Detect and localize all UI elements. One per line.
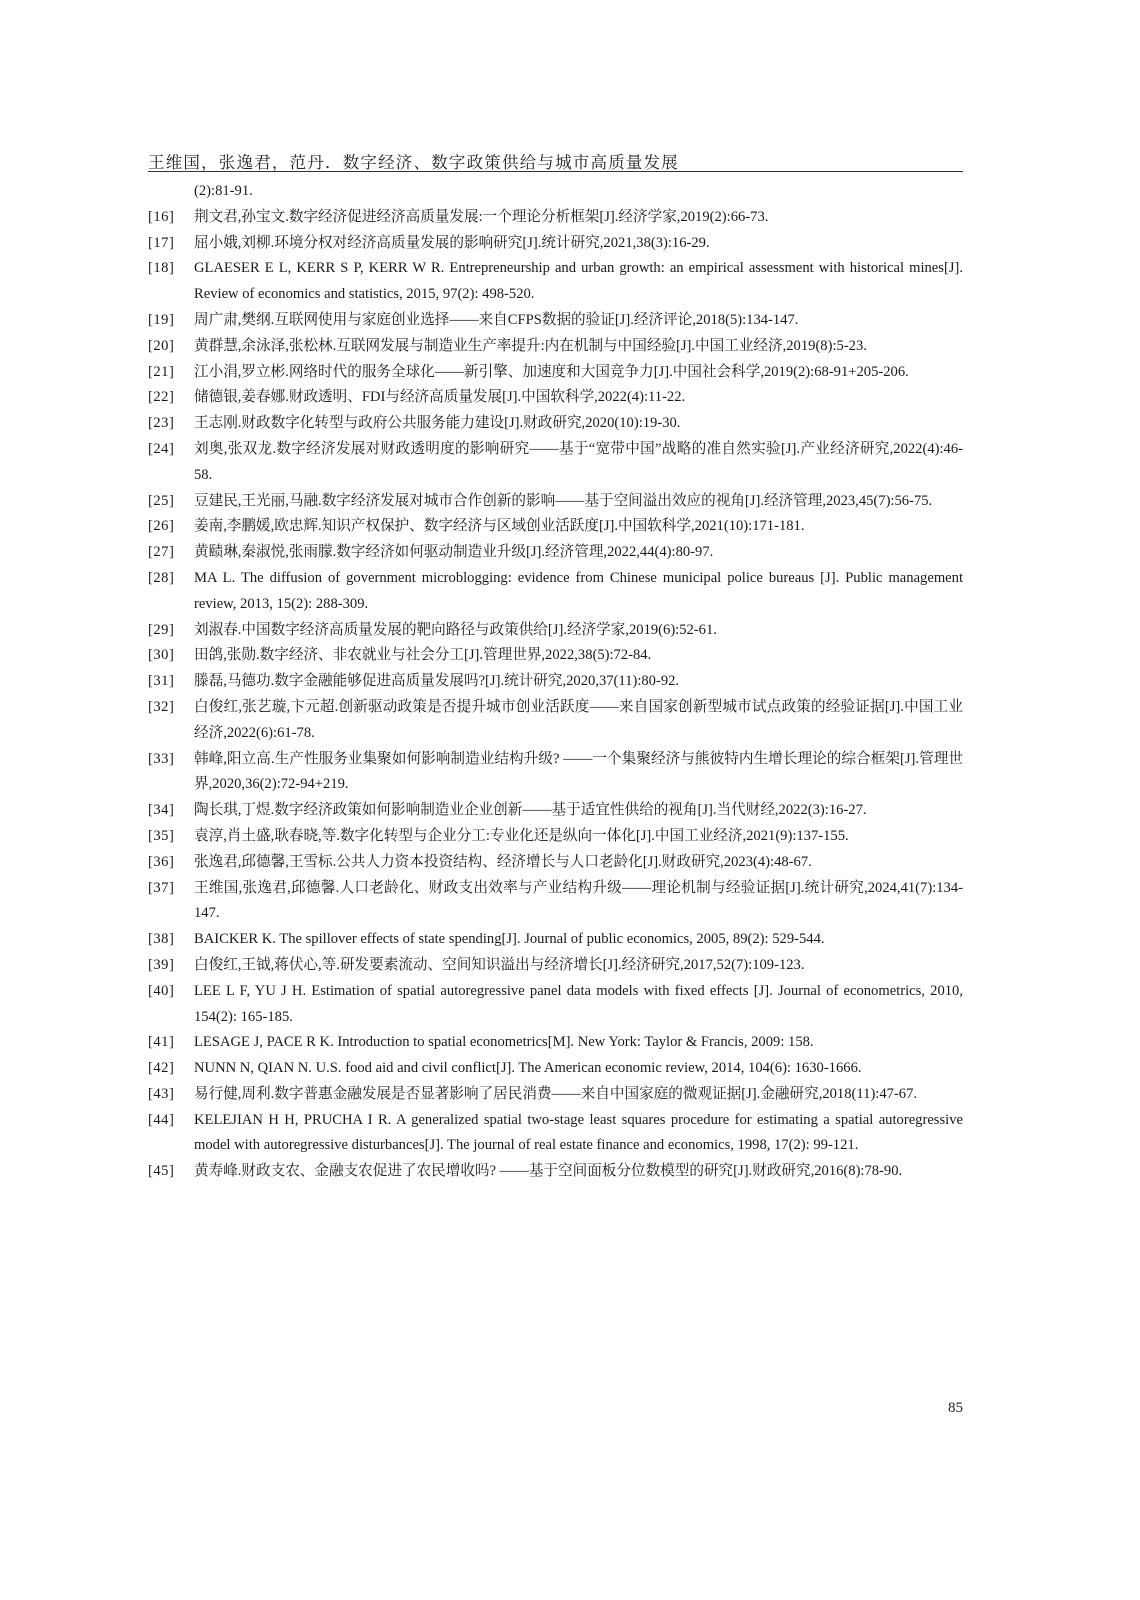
reference-item-20: [20]黄群慧,余泳泽,张松林.互联网发展与制造业生产率提升:内在机制与中国经验… xyxy=(148,334,963,360)
reference-item-28: [28]MA L. The diffusion of government mi… xyxy=(148,566,963,618)
reference-number: [25] xyxy=(148,489,188,515)
reference-text: 滕磊,马德功.数字金融能够促进高质量发展吗?[J].统计研究,2020,37(1… xyxy=(194,669,963,695)
reference-number: [38] xyxy=(148,927,188,953)
reference-text: (2):81-91. xyxy=(194,179,963,205)
reference-text: KELEJIAN H H, PRUCHA I R. A generalized … xyxy=(194,1108,963,1160)
reference-text: 王志刚.财政数字化转型与政府公共服务能力建设[J].财政研究,2020(10):… xyxy=(194,411,963,437)
reference-text: 豆建民,王光丽,马融.数字经济发展对城市合作创新的影响——基于空间溢出效应的视角… xyxy=(194,489,963,515)
reference-text: 白俊红,王钺,蒋伏心,等.研发要素流动、空间知识溢出与经济增长[J].经济研究,… xyxy=(194,953,963,979)
reference-text: 白俊红,张艺璇,卞元超.创新驱动政策是否提升城市创业活跃度——来自国家创新型城市… xyxy=(194,695,963,747)
reference-number: [43] xyxy=(148,1082,188,1108)
reference-continuation: (2):81-91. xyxy=(148,179,963,205)
reference-text: 黄寿峰.财政支农、金融支农促进了农民增收吗? ——基于空间面板分位数模型的研究[… xyxy=(194,1159,963,1185)
reference-number: [20] xyxy=(148,334,188,360)
reference-number: [24] xyxy=(148,437,188,463)
reference-text: 刘奥,张双龙.数字经济发展对财政透明度的影响研究——基于“宽带中国”战略的准自然… xyxy=(194,437,963,489)
reference-number: [41] xyxy=(148,1030,188,1056)
reference-item-42: [42]NUNN N, QIAN N. U.S. food aid and ci… xyxy=(148,1056,963,1082)
reference-item-21: [21]江小涓,罗立彬.网络时代的服务全球化——新引擎、加速度和大国竞争力[J]… xyxy=(148,360,963,386)
reference-number: [40] xyxy=(148,979,188,1005)
reference-number: [18] xyxy=(148,256,188,282)
reference-item-16: [16]荆文君,孙宝文.数字经济促进经济高质量发展:一个理论分析框架[J].经济… xyxy=(148,205,963,231)
reference-text: 周广肃,樊纲.互联网使用与家庭创业选择——来自CFPS数据的验证[J].经济评论… xyxy=(194,308,963,334)
reference-item-26: [26]姜南,李鹏媛,欧忠辉.知识产权保护、数字经济与区域创业活跃度[J].中国… xyxy=(148,514,963,540)
header-rule-divider xyxy=(148,171,963,172)
reference-item-19: [19]周广肃,樊纲.互联网使用与家庭创业选择——来自CFPS数据的验证[J].… xyxy=(148,308,963,334)
reference-text: NUNN N, QIAN N. U.S. food aid and civil … xyxy=(194,1056,963,1082)
reference-number: [31] xyxy=(148,669,188,695)
reference-item-37: [37]王维国,张逸君,邱德馨.人口老龄化、财政支出效率与产业结构升级——理论机… xyxy=(148,876,963,928)
reference-item-23: [23]王志刚.财政数字化转型与政府公共服务能力建设[J].财政研究,2020(… xyxy=(148,411,963,437)
reference-text: 易行健,周利.数字普惠金融发展是否显著影响了居民消费——来自中国家庭的微观证据[… xyxy=(194,1082,963,1108)
reference-item-36: [36]张逸君,邱德馨,王雪标.公共人力资本投资结构、经济增长与人口老龄化[J]… xyxy=(148,850,963,876)
reference-item-24: [24]刘奥,张双龙.数字经济发展对财政透明度的影响研究——基于“宽带中国”战略… xyxy=(148,437,963,489)
reference-item-29: [29]刘淑春.中国数字经济高质量发展的靶向路径与政策供给[J].经济学家,20… xyxy=(148,618,963,644)
reference-text: 黄群慧,余泳泽,张松林.互联网发展与制造业生产率提升:内在机制与中国经验[J].… xyxy=(194,334,963,360)
reference-text: LEE L F, YU J H. Estimation of spatial a… xyxy=(194,979,963,1031)
reference-number: [19] xyxy=(148,308,188,334)
reference-item-44: [44]KELEJIAN H H, PRUCHA I R. A generali… xyxy=(148,1108,963,1160)
reference-number: [27] xyxy=(148,540,188,566)
reference-text: MA L. The diffusion of government microb… xyxy=(194,566,963,618)
reference-number: [39] xyxy=(148,953,188,979)
reference-number: [36] xyxy=(148,850,188,876)
reference-item-22: [22]储德银,姜春娜.财政透明、FDI与经济高质量发展[J].中国软科学,20… xyxy=(148,385,963,411)
reference-item-45: [45]黄寿峰.财政支农、金融支农促进了农民增收吗? ——基于空间面板分位数模型… xyxy=(148,1159,963,1185)
reference-text: 黄赜琳,秦淑悦,张雨朦.数字经济如何驱动制造业升级[J].经济管理,2022,4… xyxy=(194,540,963,566)
reference-number: [22] xyxy=(148,385,188,411)
reference-text: 江小涓,罗立彬.网络时代的服务全球化——新引擎、加速度和大国竞争力[J].中国社… xyxy=(194,360,963,386)
reference-number: [35] xyxy=(148,824,188,850)
reference-text: 张逸君,邱德馨,王雪标.公共人力资本投资结构、经济增长与人口老龄化[J].财政研… xyxy=(194,850,963,876)
reference-number: [26] xyxy=(148,514,188,540)
reference-number: [29] xyxy=(148,618,188,644)
reference-number: [42] xyxy=(148,1056,188,1082)
reference-text: 荆文君,孙宝文.数字经济促进经济高质量发展:一个理论分析框架[J].经济学家,2… xyxy=(194,205,963,231)
reference-item-43: [43]易行健,周利.数字普惠金融发展是否显著影响了居民消费——来自中国家庭的微… xyxy=(148,1082,963,1108)
reference-text: BAICKER K. The spillover effects of stat… xyxy=(194,927,963,953)
reference-text: LESAGE J, PACE R K. Introduction to spat… xyxy=(194,1030,963,1056)
reference-text: 陶长琪,丁煜.数字经济政策如何影响制造业企业创新——基于适宜性供给的视角[J].… xyxy=(194,798,963,824)
reference-item-17: [17]屈小娥,刘柳.环境分权对经济高质量发展的影响研究[J].统计研究,202… xyxy=(148,231,963,257)
reference-number: [45] xyxy=(148,1159,188,1185)
reference-text: 王维国,张逸君,邱德馨.人口老龄化、财政支出效率与产业结构升级——理论机制与经验… xyxy=(194,876,963,928)
reference-number: [34] xyxy=(148,798,188,824)
reference-text: GLAESER E L, KERR S P, KERR W R. Entrepr… xyxy=(194,256,963,308)
reference-number: [44] xyxy=(148,1108,188,1134)
reference-number: [23] xyxy=(148,411,188,437)
reference-number: [21] xyxy=(148,360,188,386)
reference-item-38: [38]BAICKER K. The spillover effects of … xyxy=(148,927,963,953)
reference-text: 袁淳,肖土盛,耿春晓,等.数字化转型与企业分工:专业化还是纵向一体化[J].中国… xyxy=(194,824,963,850)
reference-text: 储德银,姜春娜.财政透明、FDI与经济高质量发展[J].中国软科学,2022(4… xyxy=(194,385,963,411)
reference-number: [16] xyxy=(148,205,188,231)
reference-text: 韩峰,阳立高.生产性服务业集聚如何影响制造业结构升级? ——一个集聚经济与熊彼特… xyxy=(194,747,963,799)
reference-text: 屈小娥,刘柳.环境分权对经济高质量发展的影响研究[J].统计研究,2021,38… xyxy=(194,231,963,257)
reference-item-41: [41]LESAGE J, PACE R K. Introduction to … xyxy=(148,1030,963,1056)
reference-item-40: [40]LEE L F, YU J H. Estimation of spati… xyxy=(148,979,963,1031)
reference-text: 刘淑春.中国数字经济高质量发展的靶向路径与政策供给[J].经济学家,2019(6… xyxy=(194,618,963,644)
running-header-title: 王维国，张逸君，范丹．数字经济、数字政策供给与城市高质量发展 xyxy=(148,149,679,173)
reference-number: [17] xyxy=(148,231,188,257)
reference-item-31: [31]滕磊,马德功.数字金融能够促进高质量发展吗?[J].统计研究,2020,… xyxy=(148,669,963,695)
reference-number: [37] xyxy=(148,876,188,902)
reference-item-25: [25]豆建民,王光丽,马融.数字经济发展对城市合作创新的影响——基于空间溢出效… xyxy=(148,489,963,515)
reference-item-32: [32]白俊红,张艺璇,卞元超.创新驱动政策是否提升城市创业活跃度——来自国家创… xyxy=(148,695,963,747)
reference-text: 田鸽,张勋.数字经济、非农就业与社会分工[J].管理世界,2022,38(5):… xyxy=(194,643,963,669)
reference-item-27: [27]黄赜琳,秦淑悦,张雨朦.数字经济如何驱动制造业升级[J].经济管理,20… xyxy=(148,540,963,566)
reference-number: [28] xyxy=(148,566,188,592)
page-number: 85 xyxy=(948,1400,963,1417)
reference-item-35: [35]袁淳,肖土盛,耿春晓,等.数字化转型与企业分工:专业化还是纵向一体化[J… xyxy=(148,824,963,850)
reference-item-39: [39]白俊红,王钺,蒋伏心,等.研发要素流动、空间知识溢出与经济增长[J].经… xyxy=(148,953,963,979)
reference-item-30: [30]田鸽,张勋.数字经济、非农就业与社会分工[J].管理世界,2022,38… xyxy=(148,643,963,669)
reference-number: [33] xyxy=(148,747,188,773)
reference-number: [30] xyxy=(148,643,188,669)
reference-number: [32] xyxy=(148,695,188,721)
reference-item-18: [18]GLAESER E L, KERR S P, KERR W R. Ent… xyxy=(148,256,963,308)
reference-text: 姜南,李鹏媛,欧忠辉.知识产权保护、数字经济与区域创业活跃度[J].中国软科学,… xyxy=(194,514,963,540)
reference-list: (2):81-91. [16]荆文君,孙宝文.数字经济促进经济高质量发展:一个理… xyxy=(148,179,963,1185)
reference-item-33: [33]韩峰,阳立高.生产性服务业集聚如何影响制造业结构升级? ——一个集聚经济… xyxy=(148,747,963,799)
reference-item-34: [34]陶长琪,丁煜.数字经济政策如何影响制造业企业创新——基于适宜性供给的视角… xyxy=(148,798,963,824)
